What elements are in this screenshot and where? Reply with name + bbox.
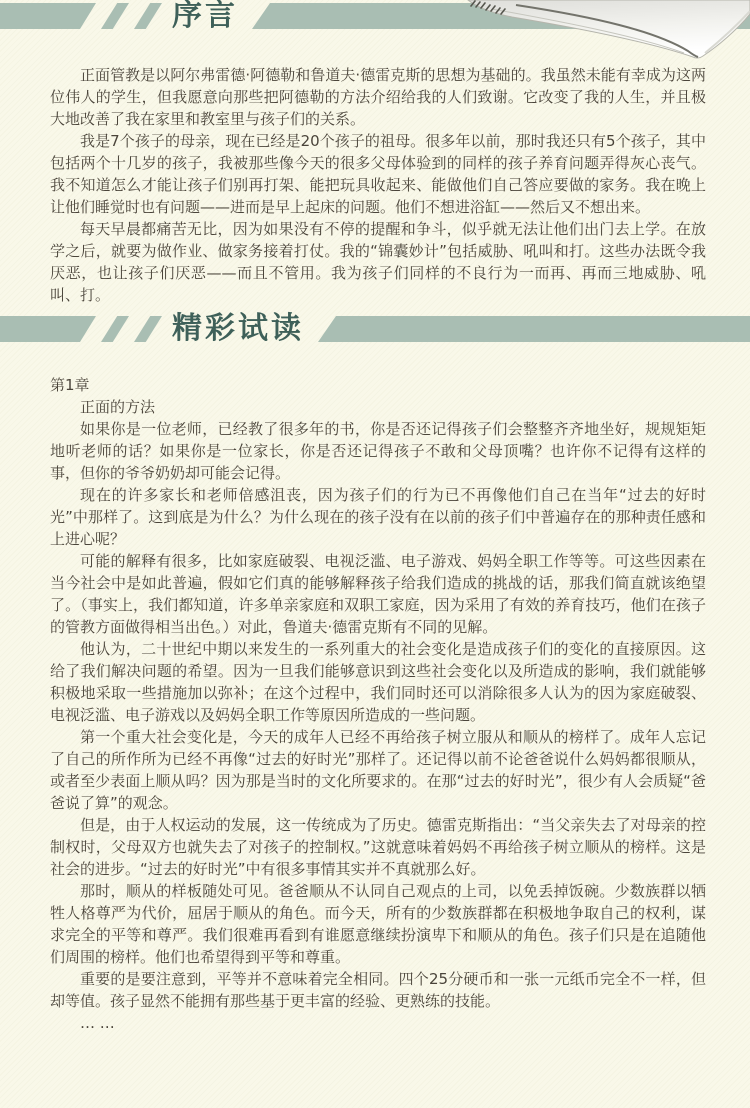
chapter-label: 第1章: [50, 374, 706, 396]
paragraph: 但是，由于人权运动的发展，这一传统成为了历史。德雷克斯指出：“当父亲失去了对母亲…: [50, 814, 706, 880]
preface-title: 序言: [172, 0, 238, 33]
slash-icon: [101, 316, 129, 342]
paragraph: 每天早晨都痛苦无比，因为如果没有不停的提醒和争斗，似乎就无法让他们出门去上学。在…: [50, 218, 706, 306]
chapter-subtitle: 正面的方法: [50, 396, 706, 418]
banner-left-bar: [0, 316, 96, 342]
excerpt-content: 第1章 正面的方法 如果你是一位老师，已经教了很多年的书，你是否还记得孩子们会整…: [50, 374, 706, 1034]
banner-right-bar: [318, 316, 750, 342]
slash-icon: [101, 3, 129, 29]
paragraph: 可能的解释有很多，比如家庭破裂、电视泛滥、电子游戏、妈妈全职工作等等。可这些因素…: [50, 550, 706, 638]
ellipsis-line: … …: [50, 1012, 706, 1034]
excerpt-header: 精彩试读: [0, 309, 750, 349]
book-corner-photo-icon: [450, 0, 750, 64]
paragraph: 我是7个孩子的母亲，现在已经是20个孩子的祖母。很多年以前，那时我还只有5个孩子…: [50, 130, 706, 218]
book-detail-page: 序言 正面管教是以阿尔弗雷德·阿: [0, 0, 750, 1108]
banner-left-bar: [0, 3, 96, 29]
paragraph: 正面管教是以阿尔弗雷德·阿德勒和鲁道夫·德雷克斯的思想为基础的。我虽然未能有幸成…: [50, 64, 706, 130]
paragraph: 第一个重大社会变化是，今天的成年人已经不再给孩子树立服从和顺从的榜样了。成年人忘…: [50, 726, 706, 814]
preface-content: 正面管教是以阿尔弗雷德·阿德勒和鲁道夫·德雷克斯的思想为基础的。我虽然未能有幸成…: [50, 64, 706, 306]
paragraph: 那时，顺从的样板随处可见。爸爸顺从不认同自己观点的上司，以免丢掉饭碗。少数族群以…: [50, 880, 706, 968]
slash-icon: [134, 316, 162, 342]
paragraph: 他认为，二十世纪中期以来发生的一系列重大的社会变化是造成孩子们的变化的直接原因。…: [50, 638, 706, 726]
excerpt-title: 精彩试读: [172, 312, 304, 346]
paragraph: 现在的许多家长和老师倍感沮丧，因为孩子们的行为已不再像他们自己在当年“过去的好时…: [50, 484, 706, 550]
slash-icon: [134, 3, 162, 29]
paragraph: 如果你是一位老师，已经教了很多年的书，你是否还记得孩子们会整整齐齐地坐好，规规矩…: [50, 418, 706, 484]
paragraph: 重要的是要注意到，平等并不意味着完全相同。四个25分硬币和一张一元纸币完全不一样…: [50, 968, 706, 1012]
